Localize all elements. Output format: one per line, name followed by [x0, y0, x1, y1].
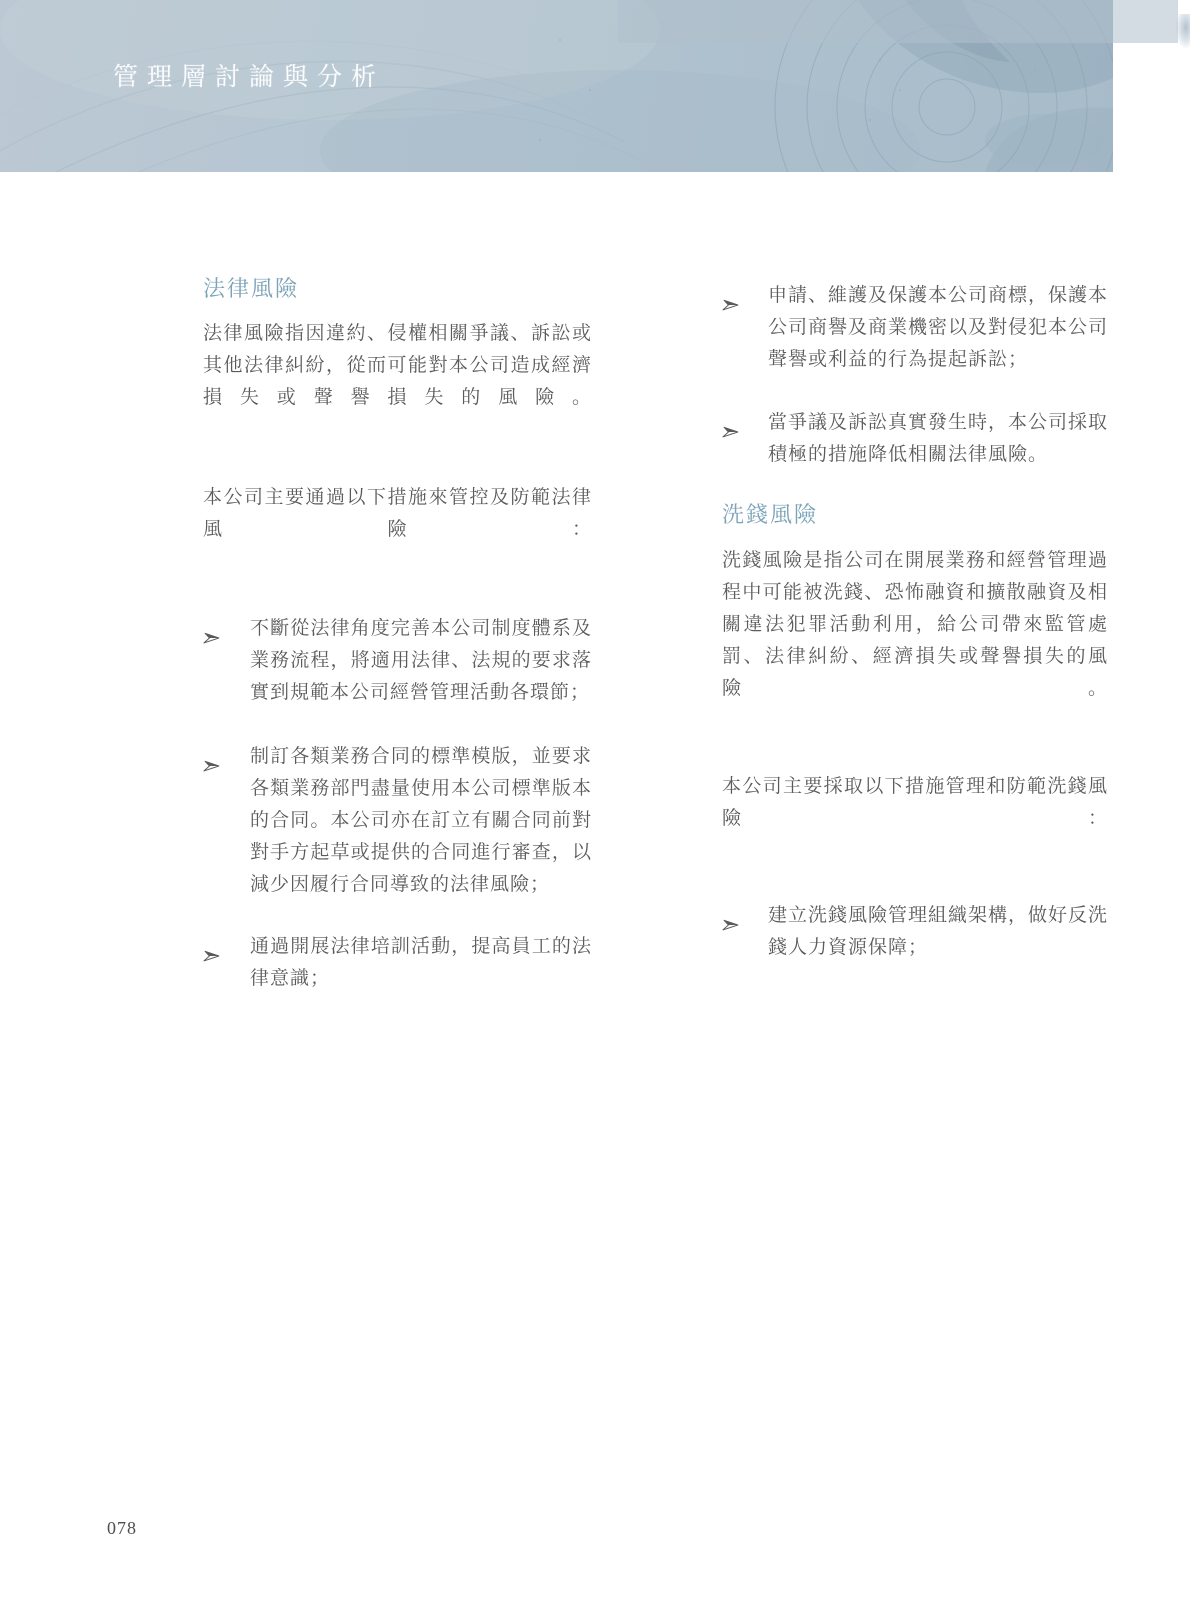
aml-risk-bullet-list: 建立洗錢風險管理組織架構，做好反洗錢人力資源保障；: [722, 900, 1108, 964]
bullet-text: 制訂各類業務合同的標準模版，並要求各類業務部門盡量使用本公司標準版本的合同。本公…: [250, 741, 592, 901]
bullet-item: 建立洗錢風險管理組織架構，做好反洗錢人力資源保障；: [722, 900, 1108, 964]
paragraph: 洗錢風險是指公司在開展業務和經營管理過程中可能被洗錢、恐怖融資和擴散融資及相關違…: [722, 545, 1108, 737]
corner-texture-speck: [1176, 14, 1190, 48]
bullet-item: 當爭議及訴訟真實發生時，本公司採取積極的措施降低相關法律風險。: [722, 407, 1108, 471]
page-number: 078: [107, 1518, 137, 1539]
bullet-text: 申請、維護及保護本公司商標，保護本公司商譽及商業機密以及對侵犯本公司聲譽或利益的…: [768, 280, 1108, 376]
page-title: 管理層討論與分析: [113, 57, 385, 93]
bullet-item: 通過開展法律培訓活動，提高員工的法律意識；: [203, 931, 592, 995]
bullet-item: 不斷從法律角度完善本公司制度體系及業務流程，將適用法律、法規的要求落實到規範本公…: [203, 613, 592, 709]
arrowhead-right-icon: [203, 741, 250, 783]
legal-risk-bullet-list: 不斷從法律角度完善本公司制度體系及業務流程，將適用法律、法規的要求落實到規範本公…: [203, 613, 592, 995]
bullet-text: 當爭議及訴訟真實發生時，本公司採取積極的措施降低相關法律風險。: [768, 407, 1108, 471]
arrowhead-right-icon: [722, 900, 768, 942]
bullet-text: 通過開展法律培訓活動，提高員工的法律意識；: [250, 931, 592, 995]
arrowhead-right-icon: [203, 931, 250, 973]
paragraph: 法律風險指因違約、侵權相關爭議、訴訟或其他法律糾紛，從而可能對本公司造成經濟損失…: [203, 318, 592, 446]
bullet-item: 制訂各類業務合同的標準模版，並要求各類業務部門盡量使用本公司標準版本的合同。本公…: [203, 741, 592, 901]
arrowhead-right-icon: [722, 280, 768, 322]
bullet-item: 申請、維護及保護本公司商標，保護本公司商譽及商業機密以及對侵犯本公司聲譽或利益的…: [722, 280, 1108, 376]
header-overlay-strip: [618, 0, 1178, 43]
paragraph: 本公司主要採取以下措施管理和防範洗錢風險：: [722, 771, 1108, 867]
section-heading-aml-risk: 洗錢風險: [722, 503, 1108, 527]
paragraph: 本公司主要通過以下措施來管控及防範法律風險：: [203, 482, 592, 578]
right-column: 申請、維護及保護本公司商標，保護本公司商譽及商業機密以及對侵犯本公司聲譽或利益的…: [722, 280, 1108, 964]
arrowhead-right-icon: [203, 613, 250, 655]
bullet-text: 建立洗錢風險管理組織架構，做好反洗錢人力資源保障；: [768, 900, 1108, 964]
bullet-text: 不斷從法律角度完善本公司制度體系及業務流程，將適用法律、法規的要求落實到規範本公…: [250, 613, 592, 709]
arrowhead-right-icon: [722, 407, 768, 449]
section-heading-legal-risk: 法律風險: [203, 277, 592, 301]
left-column: 法律風險 法律風險指因違約、侵權相關爭議、訴訟或其他法律糾紛，從而可能對本公司造…: [203, 277, 592, 995]
legal-risk-bullet-list-continued: 申請、維護及保護本公司商標，保護本公司商譽及商業機密以及對侵犯本公司聲譽或利益的…: [722, 280, 1108, 471]
